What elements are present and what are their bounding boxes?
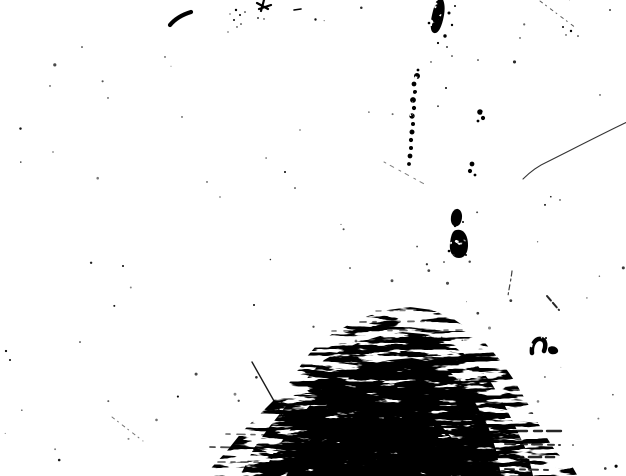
grunge-texture-svg: Black and white grunge distress ink text… <box>0 0 626 476</box>
hook-mark-speck <box>545 337 547 339</box>
mass-streak-right-2 <box>505 444 560 445</box>
texture-image: Black and white grunge distress ink text… <box>0 0 626 476</box>
ink-chunk-lower <box>450 230 468 258</box>
tiny-dash <box>294 9 301 10</box>
